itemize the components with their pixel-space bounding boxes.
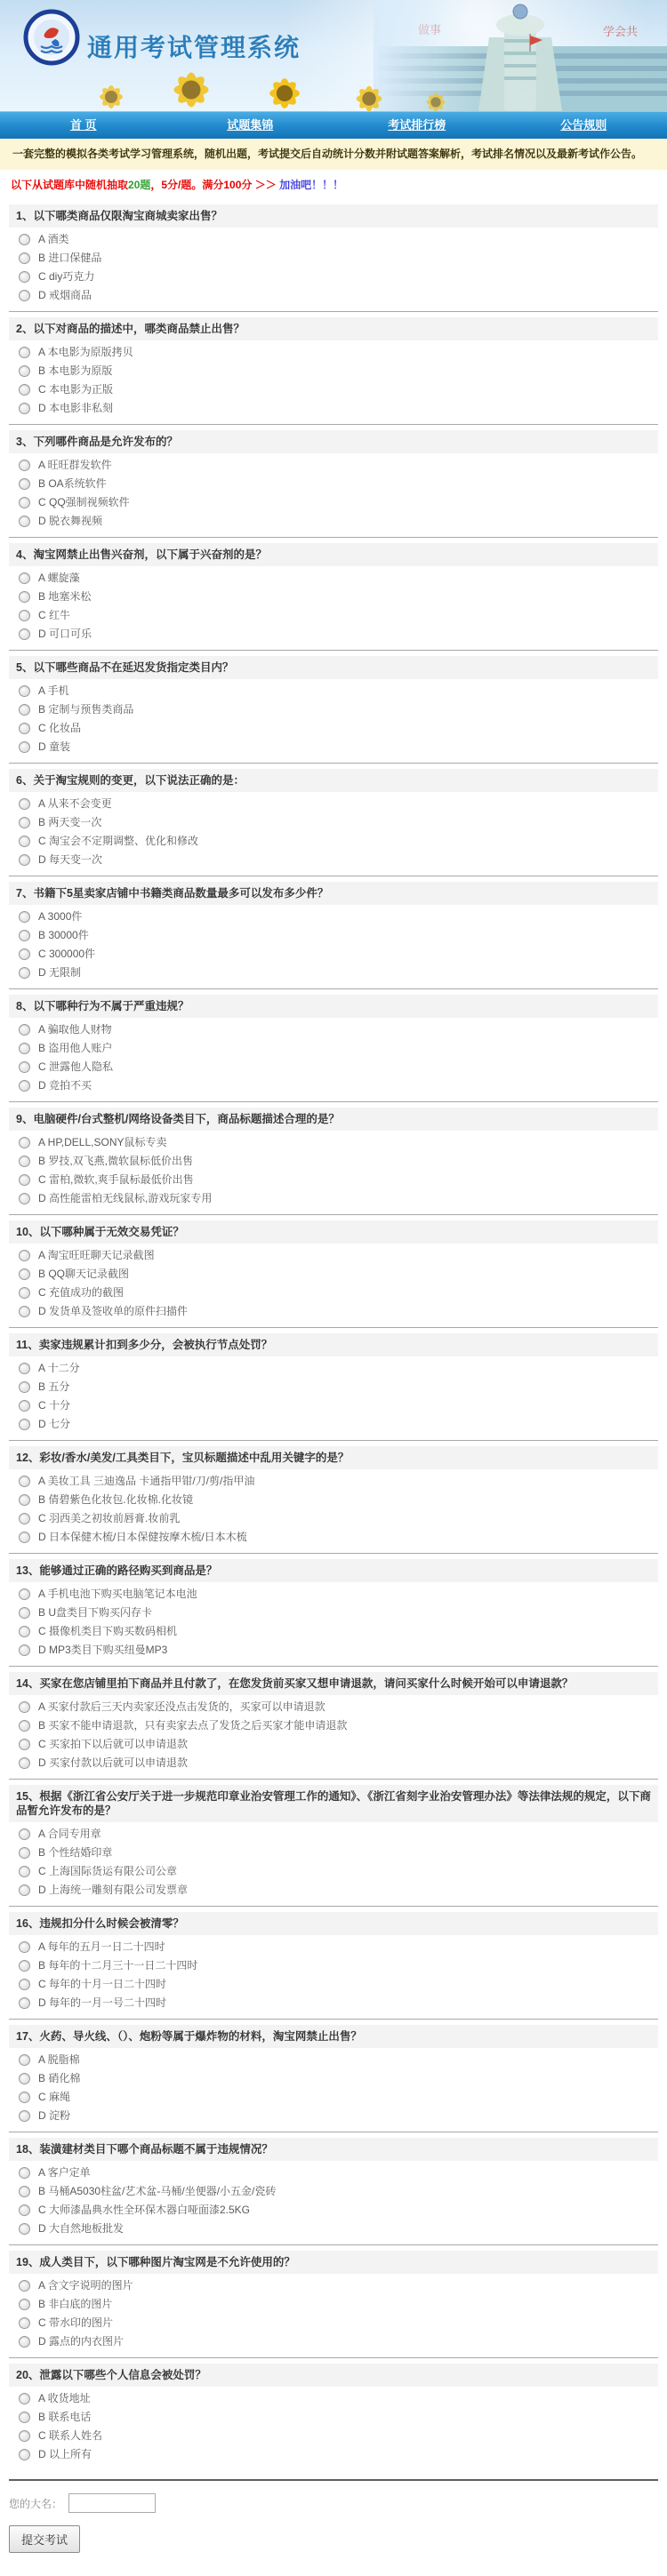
- radio-button-icon[interactable]: [19, 817, 30, 828]
- option-row[interactable]: D 露点的内衣图片: [9, 2332, 658, 2351]
- option-row[interactable]: D 童装: [9, 738, 658, 756]
- instruction-middle: ，5分/题。满分100分: [150, 179, 252, 191]
- radio-button-icon[interactable]: [19, 1532, 30, 1543]
- option-row[interactable]: D 竞拍不买: [9, 1076, 658, 1095]
- radio-button-icon[interactable]: [19, 1250, 30, 1261]
- option-row[interactable]: D 无限制: [9, 964, 658, 982]
- option-label: C 泄露他人隐私: [38, 1060, 113, 1074]
- option-row[interactable]: C 摄像机类目下购买数码相机: [9, 1622, 658, 1641]
- question-title: 13、能够通过正确的路径购买到商品是？: [9, 1559, 658, 1582]
- option-label: C 每年的十月一日二十四时: [38, 1978, 166, 1991]
- option-label: B 联系电话: [38, 2411, 91, 2424]
- option-label: C 上海国际货运有限公司公章: [38, 1865, 177, 1878]
- question-title: 16、违规扣分什么时候会被清零？: [9, 1912, 658, 1935]
- radio-button-icon[interactable]: [19, 1476, 30, 1487]
- option-label: C 充值成功的截图: [38, 1286, 124, 1300]
- radio-button-icon[interactable]: [19, 347, 30, 358]
- radio-button-icon[interactable]: [19, 1588, 30, 1600]
- question-title: 15、根据《浙江省公安厅关于进一步规范印章业治安管理工作的通知》、《浙江省刻字业…: [9, 1785, 658, 1822]
- option-row[interactable]: A 十二分: [9, 1359, 658, 1378]
- option-row[interactable]: D 每天变一次: [9, 851, 658, 869]
- option-row[interactable]: B 地塞米松: [9, 588, 658, 606]
- question-title: 4、淘宝网禁止出售兴奋剂，以下属于兴奋剂的是？: [9, 543, 658, 566]
- question-block: 11、卖家违规累计扣到多少分，会被执行节点处罚？A 十二分B 五分C 十分D 七…: [9, 1328, 658, 1441]
- radio-button-icon[interactable]: [19, 2317, 30, 2329]
- option-label: B 个性结婚印章: [38, 1846, 112, 1860]
- radio-button-icon[interactable]: [19, 2223, 30, 2235]
- radio-button-icon[interactable]: [19, 1644, 30, 1656]
- radio-button-icon[interactable]: [19, 1720, 30, 1732]
- radio-button-icon[interactable]: [19, 1828, 30, 1840]
- option-row[interactable]: A 客户定单: [9, 2164, 658, 2182]
- radio-button-icon[interactable]: [19, 1739, 30, 1750]
- option-row[interactable]: A HP,DELL,SONY鼠标专卖: [9, 1133, 658, 1152]
- option-row[interactable]: B 定制与预售类商品: [9, 700, 658, 719]
- option-row[interactable]: D 七分: [9, 1415, 658, 1434]
- option-label: A 螺旋藻: [38, 572, 80, 585]
- radio-button-icon[interactable]: [19, 1513, 30, 1524]
- option-row[interactable]: B 非白底的图片: [9, 2295, 658, 2314]
- option-label: D 高性能雷柏无线鼠标,游戏玩家专用: [38, 1192, 212, 1205]
- option-label: B 五分: [38, 1380, 69, 1394]
- radio-button-icon[interactable]: [19, 1884, 30, 1896]
- radio-button-icon[interactable]: [19, 2204, 30, 2216]
- option-label: C 十分: [38, 1399, 70, 1412]
- radio-button-icon[interactable]: [19, 365, 30, 377]
- option-label: A 收货地址: [38, 2392, 91, 2405]
- option-row[interactable]: D 发货单及签收单的原件扫描件: [9, 1302, 658, 1321]
- option-label: A 旺旺群发软件: [38, 459, 112, 472]
- option-label: A 买家付款后三天内卖家还没点击发货的，买家可以申请退款: [38, 1700, 325, 1714]
- option-label: D 可口可乐: [38, 628, 92, 641]
- option-label: A 十二分: [38, 1362, 80, 1375]
- radio-button-icon[interactable]: [19, 1866, 30, 1877]
- option-row[interactable]: C 十分: [9, 1396, 658, 1415]
- option-row[interactable]: B 罗技,双飞燕,微软鼠标低价出售: [9, 1152, 658, 1171]
- exam-footer: 您的大名： 提交考试: [9, 2479, 658, 2576]
- question-list: 1、以下哪类商品仅限淘宝商城卖家出售？A 酒类B 进口保健品C diy巧克力D …: [9, 199, 658, 2470]
- option-label: A 3000件: [38, 910, 82, 924]
- question-title: 8、以下哪种行为不属于严重违规？: [9, 995, 658, 1018]
- radio-button-icon[interactable]: [19, 1701, 30, 1713]
- question-title: 18、装潢建材类目下哪个商品标题不属于违规情况？: [9, 2138, 658, 2161]
- option-row[interactable]: A 酒类: [9, 230, 658, 249]
- option-label: C 雷柏,微软,爽手鼠标最低价出售: [38, 1173, 194, 1187]
- question-block: 16、违规扣分什么时候会被清零？A 每年的五月一日二十四时B 每年的十二月三十一…: [9, 1907, 658, 2020]
- option-label: D 淀粉: [38, 2109, 70, 2123]
- option-row[interactable]: A 买家付款后三天内卖家还没点击发货的，买家可以申请退款: [9, 1698, 658, 1716]
- option-label: A 客户定单: [38, 2166, 91, 2180]
- option-label: A 合同专用章: [38, 1828, 101, 1841]
- radio-button-icon[interactable]: [19, 234, 30, 245]
- notice-bar: 一套完整的模拟各类考试学习管理系统，随机出题，考试提交后自动统计分数并附试题答案…: [0, 139, 667, 170]
- radio-button-icon[interactable]: [19, 1306, 30, 1317]
- nav-item-home[interactable]: 首 页: [0, 112, 167, 139]
- radio-button-icon[interactable]: [19, 1043, 30, 1054]
- option-row[interactable]: D 以上所有: [9, 2445, 658, 2464]
- main-nav: 首 页 试题集锦 考试排行榜 公告规则: [0, 111, 667, 139]
- option-row[interactable]: D 戒烟商品: [9, 286, 658, 305]
- question-title: 5、以下哪些商品不在延迟发货指定类目内？: [9, 656, 658, 679]
- nav-item-question-bank[interactable]: 试题集锦: [167, 112, 334, 139]
- radio-button-icon[interactable]: [19, 1268, 30, 1280]
- option-row[interactable]: A 旺旺群发软件: [9, 456, 658, 475]
- radio-button-icon[interactable]: [19, 836, 30, 847]
- question-block: 7、书籍下5星卖家店铺中书籍类商品数量最多可以发布多少件？A 3000件B 30…: [9, 876, 658, 989]
- option-label: B 本电影为原版: [38, 364, 112, 378]
- slogan-right-text: 学会共: [603, 25, 638, 38]
- option-label: A 骗取他人财物: [38, 1023, 112, 1036]
- question-title: 19、成人类目下，以下哪种图片淘宝网是不允许使用的？: [9, 2251, 658, 2274]
- radio-button-icon[interactable]: [19, 1847, 30, 1859]
- question-title: 2、以下对商品的描述中，哪类商品禁止出售？: [9, 317, 658, 340]
- option-row[interactable]: B 进口保健品: [9, 249, 658, 268]
- option-label: A 脱脂棉: [38, 2053, 80, 2067]
- question-block: 4、淘宝网禁止出售兴奋剂，以下属于兴奋剂的是？A 螺旋藻B 地塞米松C 红牛D …: [9, 538, 658, 651]
- option-label: A 含文字说明的图片: [38, 2279, 133, 2292]
- radio-button-icon[interactable]: [19, 798, 30, 810]
- radio-button-icon[interactable]: [19, 1061, 30, 1073]
- question-title: 12、彩妆/香水/美发/工具类目下，宝贝标题描述中乱用关键字的是？: [9, 1446, 658, 1469]
- radio-button-icon[interactable]: [19, 685, 30, 697]
- option-label: C 大师漆晶典水性全环保木器白哑面漆2.5KG: [38, 2204, 250, 2217]
- option-label: C 联系人姓名: [38, 2429, 102, 2443]
- radio-button-icon[interactable]: [19, 628, 30, 640]
- option-label: B 盗用他人账户: [38, 1042, 112, 1055]
- radio-button-icon[interactable]: [19, 2393, 30, 2404]
- option-row[interactable]: B 个性结婚印章: [9, 1844, 658, 1862]
- option-label: B 每年的十二月三十一日二十四时: [38, 1959, 197, 1972]
- radio-button-icon[interactable]: [19, 1494, 30, 1506]
- radio-button-icon[interactable]: [19, 1419, 30, 1430]
- option-row[interactable]: A 3000件: [9, 908, 658, 926]
- option-row[interactable]: A 合同专用章: [9, 1825, 658, 1844]
- option-label: B 买家不能申请退款，只有卖家去点了发货之后买家才能申请退款: [38, 1719, 347, 1732]
- option-row[interactable]: D 脱衣舞视频: [9, 512, 658, 531]
- option-row[interactable]: B 马桶A5030柱盆/艺术盆-马桶/坐便器/小五金/瓷砖: [9, 2182, 658, 2201]
- option-label: C 300000件: [38, 948, 95, 961]
- option-row[interactable]: D 高性能雷柏无线鼠标,游戏玩家专用: [9, 1189, 658, 1208]
- option-row[interactable]: D 大自然地板批发: [9, 2220, 658, 2238]
- radio-button-icon[interactable]: [19, 1757, 30, 1769]
- option-row[interactable]: C 每年的十月一日二十四时: [9, 1975, 658, 1994]
- option-row[interactable]: B 30000件: [9, 926, 658, 945]
- option-row[interactable]: D 本电影非私刻: [9, 399, 658, 418]
- option-label: C 买家拍下以后就可以申请退款: [38, 1738, 188, 1751]
- option-row[interactable]: C diy巧克力: [9, 268, 658, 286]
- option-label: D 以上所有: [38, 2448, 92, 2461]
- option-row[interactable]: C 红牛: [9, 606, 658, 625]
- option-label: A HP,DELL,SONY鼠标专卖: [38, 1136, 167, 1149]
- nav-item-ranking[interactable]: 考试排行榜: [333, 112, 501, 139]
- question-title: 14、买家在您店铺里拍下商品并且付款了，在您发货前买家又想申请退款，请问买家什么…: [9, 1672, 658, 1695]
- question-block: 8、以下哪种行为不属于严重违规？A 骗取他人财物B 盗用他人账户C 泄露他人隐私…: [9, 989, 658, 1102]
- option-row[interactable]: A 含文字说明的图片: [9, 2276, 658, 2295]
- radio-button-icon[interactable]: [19, 460, 30, 471]
- radio-button-icon[interactable]: [19, 1024, 30, 1036]
- option-label: C 麻绳: [38, 2091, 70, 2104]
- option-row[interactable]: C 联系人姓名: [9, 2427, 658, 2445]
- radio-button-icon[interactable]: [19, 930, 30, 941]
- option-label: B 马桶A5030柱盆/艺术盆-马桶/坐便器/小五金/瓷砖: [38, 2185, 276, 2198]
- question-block: 18、装潢建材类目下哪个商品标题不属于违规情况？A 客户定单B 马桶A5030柱…: [9, 2132, 658, 2245]
- radio-button-icon[interactable]: [19, 911, 30, 923]
- option-row[interactable]: C 上海国际货运有限公司公章: [9, 1862, 658, 1881]
- option-label: C 本电影为正版: [38, 383, 113, 396]
- radio-button-icon[interactable]: [19, 610, 30, 621]
- radio-button-icon[interactable]: [19, 497, 30, 508]
- option-row[interactable]: C 300000件: [9, 945, 658, 964]
- question-block: 3、下列哪件商品是允许发布的？A 旺旺群发软件B OA系统软件C QQ强制视频软…: [9, 425, 658, 538]
- option-label: B 定制与预售类商品: [38, 703, 133, 716]
- option-row[interactable]: C 泄露他人隐私: [9, 1058, 658, 1076]
- option-row[interactable]: B 硝化棉: [9, 2069, 658, 2088]
- radio-button-icon[interactable]: [19, 1979, 30, 1990]
- option-label: C 淘宝会不定期调整、优化和修改: [38, 835, 198, 848]
- option-row[interactable]: A 收货地址: [9, 2389, 658, 2408]
- option-label: C QQ强制视频软件: [38, 496, 130, 509]
- option-row[interactable]: B 两天变一次: [9, 813, 658, 832]
- sunflower-decoration-icon: [62, 58, 454, 111]
- question-block: 17、火药、导火线、（）、炮粉等属于爆炸物的材料，淘宝网禁止出售？A 脱脂棉B …: [9, 2020, 658, 2132]
- question-block: 9、电脑硬件/台式整机/网络设备类目下，商品标题描述合理的是？A HP,DELL…: [9, 1102, 658, 1215]
- option-row[interactable]: A 美妆工具 三迪逸品 卡通指甲钳/刀/剪/指甲油: [9, 1472, 658, 1491]
- option-row[interactable]: D 可口可乐: [9, 625, 658, 644]
- radio-button-icon[interactable]: [19, 1363, 30, 1374]
- radio-button-icon[interactable]: [19, 1156, 30, 1167]
- option-label: B 进口保健品: [38, 252, 101, 265]
- radio-button-icon[interactable]: [19, 1137, 30, 1148]
- option-row[interactable]: C 羽西美之初妆前唇膏.妆前乳: [9, 1509, 658, 1528]
- option-row[interactable]: A 每年的五月一日二十四时: [9, 1938, 658, 1956]
- option-row[interactable]: C 充值成功的截图: [9, 1284, 658, 1302]
- radio-button-icon[interactable]: [19, 1381, 30, 1393]
- radio-button-icon[interactable]: [19, 1174, 30, 1186]
- option-label: C 摄像机类目下购买数码相机: [38, 1625, 177, 1638]
- option-label: A 淘宝旺旺聊天记录截图: [38, 1249, 155, 1262]
- radio-button-icon[interactable]: [19, 2110, 30, 2122]
- option-label: A 美妆工具 三迪逸品 卡通指甲钳/刀/剪/指甲油: [38, 1475, 254, 1488]
- question-block: 1、以下哪类商品仅限淘宝商城卖家出售？A 酒类B 进口保健品C diy巧克力D …: [9, 199, 658, 312]
- option-label: C 羽西美之初妆前唇膏.妆前乳: [38, 1512, 180, 1525]
- option-label: D 童装: [38, 740, 70, 754]
- radio-button-icon[interactable]: [19, 516, 30, 527]
- option-row[interactable]: D 每年的一月一号二十四时: [9, 1994, 658, 2012]
- radio-button-icon[interactable]: [19, 948, 30, 960]
- option-label: B 罗技,双飞燕,微软鼠标低价出售: [38, 1155, 193, 1168]
- radio-button-icon[interactable]: [19, 2299, 30, 2310]
- option-label: A 手机电池下购买电脑笔记本电池: [38, 1588, 197, 1601]
- option-label: D 发货单及签收单的原件扫描件: [38, 1305, 188, 1318]
- radio-button-icon[interactable]: [19, 1287, 30, 1299]
- option-label: B 两天变一次: [38, 816, 101, 829]
- option-row[interactable]: C 雷柏,微软,爽手鼠标最低价出售: [9, 1171, 658, 1189]
- question-block: 20、泄露以下哪些个人信息会被处罚？A 收货地址B 联系电话C 联系人姓名D 以…: [9, 2358, 658, 2470]
- option-row[interactable]: A 从来不会变更: [9, 795, 658, 813]
- radio-button-icon[interactable]: [19, 591, 30, 603]
- question-block: 2、以下对商品的描述中，哪类商品禁止出售？A 本电影为原版拷贝B 本电影为原版C…: [9, 312, 658, 425]
- option-row[interactable]: B U盘类目下购买闪存卡: [9, 1604, 658, 1622]
- option-row[interactable]: C 化妆品: [9, 719, 658, 738]
- option-label: A 手机: [38, 684, 69, 698]
- option-row[interactable]: B 本电影为原版: [9, 362, 658, 380]
- question-title: 6、关于淘宝规则的变更，以下说法正确的是：: [9, 769, 658, 792]
- radio-button-icon[interactable]: [19, 967, 30, 979]
- radio-button-icon[interactable]: [19, 1193, 30, 1204]
- option-label: D 每天变一次: [38, 853, 102, 867]
- instruction-arrow: ＞＞: [252, 179, 279, 191]
- option-row[interactable]: B 倩碧紫色化妆包.化妆棉.化妆镜: [9, 1491, 658, 1509]
- option-row[interactable]: D 淀粉: [9, 2107, 658, 2125]
- radio-button-icon[interactable]: [19, 271, 30, 283]
- option-label: C 带水印的图片: [38, 2316, 113, 2330]
- option-row[interactable]: B OA系统软件: [9, 475, 658, 493]
- radio-button-icon[interactable]: [19, 478, 30, 490]
- instruction-cheer: 加油吧！！！: [279, 179, 343, 191]
- option-label: B QQ聊天记录截图: [38, 1268, 129, 1281]
- question-title: 7、书籍下5星卖家店铺中书籍类商品数量最多可以发布多少件？: [9, 882, 658, 905]
- radio-button-icon[interactable]: [19, 1997, 30, 2009]
- radio-button-icon[interactable]: [19, 2412, 30, 2423]
- site-header: 通用考试管理系统 做事 学会共: [0, 0, 667, 111]
- nav-item-rules[interactable]: 公告规则: [501, 112, 667, 139]
- option-label: D MP3类目下购买纽曼MP3: [38, 1644, 167, 1657]
- option-label: D 本电影非私刻: [38, 402, 113, 415]
- option-row[interactable]: A 螺旋藻: [9, 569, 658, 588]
- option-row[interactable]: A 淘宝旺旺聊天记录截图: [9, 1246, 658, 1265]
- option-label: A 从来不会变更: [38, 797, 112, 811]
- option-row[interactable]: C 大师漆晶典水性全环保木器白哑面漆2.5KG: [9, 2201, 658, 2220]
- option-row[interactable]: B 每年的十二月三十一日二十四时: [9, 1956, 658, 1975]
- option-label: D 日本保健木梳/日本保健按摩木梳/日本木梳: [38, 1531, 247, 1544]
- radio-button-icon[interactable]: [19, 572, 30, 584]
- exam-instruction: 以下从试题库中随机抽取20题，5分/题。满分100分 ＞＞ 加油吧！！！: [0, 170, 667, 196]
- option-label: A 本电影为原版拷贝: [38, 346, 133, 359]
- option-label: D 脱衣舞视频: [38, 515, 102, 528]
- option-label: D 竞拍不买: [38, 1079, 92, 1092]
- slogan-left-text: 做事: [418, 23, 441, 36]
- option-row[interactable]: C 买家拍下以后就可以申请退款: [9, 1735, 658, 1754]
- option-row[interactable]: B QQ聊天记录截图: [9, 1265, 658, 1284]
- radio-button-icon[interactable]: [19, 1080, 30, 1092]
- option-row[interactable]: B 五分: [9, 1378, 658, 1396]
- option-label: B OA系统软件: [38, 477, 107, 491]
- instruction-prefix: 以下从试题库中随机抽取: [11, 179, 128, 191]
- radio-button-icon[interactable]: [19, 2336, 30, 2348]
- question-title: 20、泄露以下哪些个人信息会被处罚？: [9, 2364, 658, 2387]
- option-label: C 化妆品: [38, 722, 81, 735]
- name-label: 您的大名：: [9, 2496, 62, 2511]
- radio-button-icon[interactable]: [19, 704, 30, 716]
- question-title: 17、火药、导火线、（）、炮粉等属于爆炸物的材料，淘宝网禁止出售？: [9, 2025, 658, 2048]
- option-row[interactable]: A 手机: [9, 682, 658, 700]
- question-block: 15、根据《浙江省公安厅关于进一步规范印章业治安管理工作的通知》、《浙江省刻字业…: [9, 1780, 658, 1907]
- radio-button-icon[interactable]: [19, 252, 30, 264]
- option-label: D 七分: [38, 1418, 70, 1431]
- option-label: C 红牛: [38, 609, 70, 622]
- option-label: B 倩碧紫色化妆包.化妆棉.化妆镜: [38, 1493, 193, 1507]
- option-row[interactable]: C 带水印的图片: [9, 2314, 658, 2332]
- name-input[interactable]: [68, 2493, 156, 2513]
- option-label: A 酒类: [38, 233, 69, 246]
- option-label: C diy巧克力: [38, 270, 94, 284]
- option-label: B 30000件: [38, 929, 89, 942]
- option-label: D 每年的一月一号二十四时: [38, 1996, 166, 2010]
- question-title: 3、下列哪件商品是允许发布的？: [9, 430, 658, 453]
- option-label: D 露点的内衣图片: [38, 2335, 124, 2348]
- submit-exam-button[interactable]: 提交考试: [9, 2525, 80, 2553]
- option-label: D 上海统一雕刻有限公司发票章: [38, 1884, 188, 1897]
- question-block: 14、买家在您店铺里拍下商品并且付款了，在您发货前买家又想申请退款，请问买家什么…: [9, 1667, 658, 1780]
- option-row[interactable]: A 骗取他人财物: [9, 1020, 658, 1039]
- option-label: A 每年的五月一日二十四时: [38, 1940, 165, 1954]
- radio-button-icon[interactable]: [19, 2449, 30, 2460]
- question-block: 5、以下哪些商品不在延迟发货指定类目内？A 手机B 定制与预售类商品C 化妆品D…: [9, 651, 658, 764]
- radio-button-icon[interactable]: [19, 741, 30, 753]
- radio-button-icon[interactable]: [19, 1960, 30, 1972]
- radio-button-icon[interactable]: [19, 1400, 30, 1412]
- radio-button-icon[interactable]: [19, 1607, 30, 1619]
- option-label: D 买家付款以后就可以申请退款: [38, 1756, 188, 1770]
- question-block: 6、关于淘宝规则的变更，以下说法正确的是：A 从来不会变更B 两天变一次C 淘宝…: [9, 764, 658, 876]
- radio-button-icon[interactable]: [19, 384, 30, 396]
- question-block: 19、成人类目下，以下哪种图片淘宝网是不允许使用的？A 含文字说明的图片B 非白…: [9, 2245, 658, 2358]
- question-block: 10、以下哪种属于无效交易凭证？A 淘宝旺旺聊天记录截图B QQ聊天记录截图C …: [9, 1215, 658, 1328]
- radio-button-icon[interactable]: [19, 1941, 30, 1953]
- question-title: 11、卖家违规累计扣到多少分，会被执行节点处罚？: [9, 1333, 658, 1356]
- option-row[interactable]: B 盗用他人账户: [9, 1039, 658, 1058]
- question-block: 12、彩妆/香水/美发/工具类目下，宝贝标题描述中乱用关键字的是？A 美妆工具 …: [9, 1441, 658, 1554]
- option-label: D 大自然地板批发: [38, 2222, 124, 2236]
- option-row[interactable]: C QQ强制视频软件: [9, 493, 658, 512]
- option-row[interactable]: D 日本保健木梳/日本保健按摩木梳/日本木梳: [9, 1528, 658, 1547]
- radio-button-icon[interactable]: [19, 723, 30, 734]
- option-label: B 硝化棉: [38, 2072, 80, 2085]
- radio-button-icon[interactable]: [19, 2167, 30, 2179]
- option-row[interactable]: D 买家付款以后就可以申请退款: [9, 1754, 658, 1772]
- option-row[interactable]: C 麻绳: [9, 2088, 658, 2107]
- question-title: 10、以下哪种属于无效交易凭证？: [9, 1220, 658, 1244]
- option-row[interactable]: A 本电影为原版拷贝: [9, 343, 658, 362]
- radio-button-icon[interactable]: [19, 1626, 30, 1637]
- option-row[interactable]: B 买家不能申请退款，只有卖家去点了发货之后买家才能申请退款: [9, 1716, 658, 1735]
- option-row[interactable]: A 脱脂棉: [9, 2051, 658, 2069]
- option-row[interactable]: D MP3类目下购买纽曼MP3: [9, 1641, 658, 1660]
- radio-button-icon[interactable]: [19, 2186, 30, 2197]
- option-row[interactable]: B 联系电话: [9, 2408, 658, 2427]
- option-label: D 戒烟商品: [38, 289, 92, 302]
- option-label: B U盘类目下购买闪存卡: [38, 1606, 152, 1620]
- option-row[interactable]: C 本电影为正版: [9, 380, 658, 399]
- option-row[interactable]: C 淘宝会不定期调整、优化和修改: [9, 832, 658, 851]
- radio-button-icon[interactable]: [19, 2092, 30, 2103]
- question-title: 1、以下哪类商品仅限淘宝商城卖家出售？: [9, 204, 658, 228]
- radio-button-icon[interactable]: [19, 2054, 30, 2066]
- radio-button-icon[interactable]: [19, 290, 30, 301]
- option-row[interactable]: A 手机电池下购买电脑笔记本电池: [9, 1585, 658, 1604]
- radio-button-icon[interactable]: [19, 854, 30, 866]
- radio-button-icon[interactable]: [19, 2073, 30, 2084]
- option-label: B 非白底的图片: [38, 2298, 112, 2311]
- radio-button-icon[interactable]: [19, 2280, 30, 2292]
- option-label: D 无限制: [38, 966, 81, 980]
- radio-button-icon[interactable]: [19, 2430, 30, 2442]
- question-title: 9、电脑硬件/台式整机/网络设备类目下，商品标题描述合理的是？: [9, 1108, 658, 1131]
- question-block: 13、能够通过正确的路径购买到商品是？A 手机电池下购买电脑笔记本电池B U盘类…: [9, 1554, 658, 1667]
- instruction-count: 20题: [128, 179, 150, 191]
- radio-button-icon[interactable]: [19, 403, 30, 414]
- option-row[interactable]: D 上海统一雕刻有限公司发票章: [9, 1881, 658, 1900]
